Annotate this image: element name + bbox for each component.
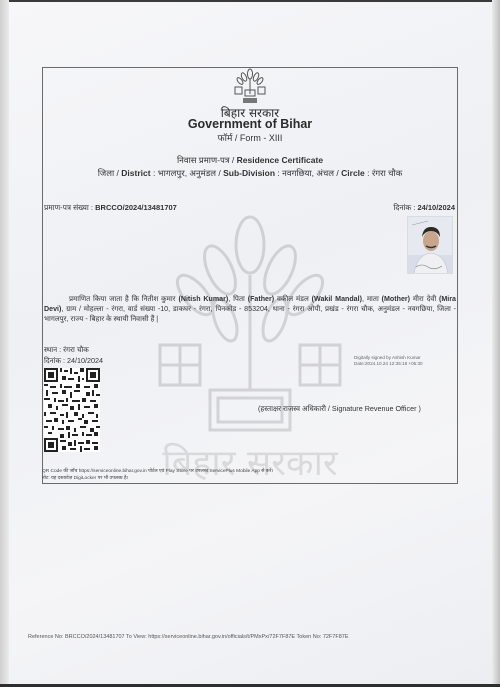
qr-code-icon [44, 368, 100, 452]
father-label: (Father) [248, 295, 274, 303]
subdivision-label: Sub-Division [223, 168, 275, 178]
digital-signature: Digitally signed by Ashish Kumar Date:20… [354, 355, 423, 367]
certificate-number: प्रमाण-पत्र संख्या : BRCCO/2024/13481707 [44, 203, 177, 213]
certificate-title-english: Residence Certificate [237, 155, 323, 165]
govt-name-english: Government of Bihar [0, 117, 500, 131]
district-label: District [121, 168, 150, 178]
certification-statement: प्रमाणित किया जाता है कि नितीश कुमार (Ni… [44, 294, 456, 325]
statement-part: प्रमाणित किया जाता है कि नितीश कुमार [69, 295, 178, 303]
district-value: : भागलपुर, अनुमंडल / [151, 168, 224, 178]
digital-signature-date: Date:2024.10.24 12:35:18 +05:30 [354, 361, 423, 367]
place: स्थान : रंगरा चौक [44, 345, 89, 355]
certificate-date-label: दिनांक : [393, 203, 417, 212]
district-label-hindi: जिला / [98, 168, 122, 178]
qr-note-line: नोट: यह दस्तावेज़ DigiLocker पर भी उपलब्… [42, 476, 273, 483]
qr-verification-note: QR Code की जाँच https://serviceonline.bi… [42, 469, 273, 482]
certificate-date: दिनांक : 24/10/2024 [393, 203, 455, 213]
statement-part: मीरा देवी [410, 295, 439, 303]
applicant-name: (Nitish Kumar) [178, 295, 228, 303]
certificate-date-value: 24/10/2024 [417, 203, 455, 212]
circle-value: : रंगरा चौक [365, 168, 403, 178]
certificate-number-value: BRCCO/2024/13481707 [95, 203, 177, 212]
form-number: फॉर्म / Form - XIII [0, 131, 500, 144]
certificate-number-label: प्रमाण-पत्र संख्या : [44, 203, 95, 212]
statement-part: , ग्राम / मोहल्ला - रंगरा, वार्ड संख्या … [44, 305, 456, 323]
applicant-photo [407, 216, 453, 274]
certificate-title-hindi: निवास प्रमाण-पत्र / [177, 155, 237, 165]
circle-label: Circle [341, 168, 365, 178]
statement-part: , पिता [228, 295, 247, 303]
jurisdiction-line: जिला / District : भागलपुर, अनुमंडल / Sub… [0, 168, 500, 179]
statement-part: वकील मंडल [274, 295, 312, 303]
father-name: (Wakil Mandal) [312, 295, 362, 303]
reference-line: Reference No: BRCCO/2024/13481707 To Vie… [28, 634, 349, 640]
qr-note-line: QR Code की जाँच https://serviceonline.bi… [42, 469, 273, 476]
statement-part: , माता [362, 295, 382, 303]
subdivision-value: : नवगछिया, अंचल / [275, 168, 341, 178]
bihar-emblem-icon [232, 68, 268, 104]
signature-label: (हस्ताक्षर राजस्व अधिकारी / Signature Re… [258, 404, 421, 414]
mother-label: (Mother) [382, 295, 410, 303]
certificate-title: निवास प्रमाण-पत्र / Residence Certificat… [0, 155, 500, 166]
issue-date: दिनांक : 24/10/2024 [44, 356, 103, 366]
